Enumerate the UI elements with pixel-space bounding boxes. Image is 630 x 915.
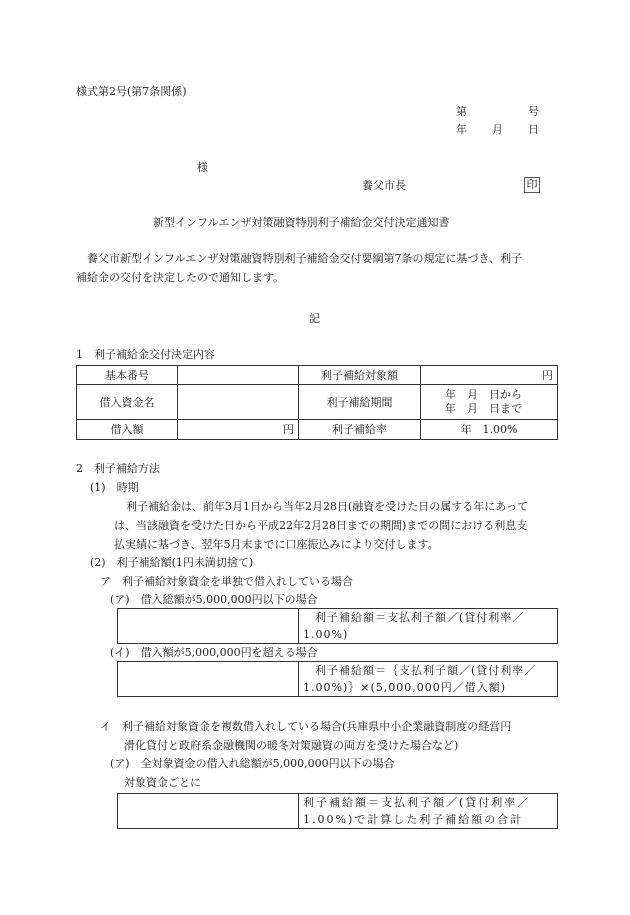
single-case2-heading: (イ) 借入額が5,000,000円を超える場合: [110, 647, 318, 658]
multiple-case1-note: 対象資金ごとに: [124, 777, 201, 788]
value-loan-fund-name: [178, 385, 299, 420]
value-subsidy-rate: 年 1.00%: [421, 420, 558, 440]
multiple-loan-heading-line-2: 滑化貸付と政府系金融機関の暖冬対策融資の両方を受けた場合など): [124, 740, 458, 751]
value-loan-amount: 円: [178, 420, 299, 440]
section1-heading: 1 利子補給金交付決定内容: [76, 349, 215, 360]
formula-line-2: 1.00%): [303, 626, 553, 643]
number-suffix: 号: [528, 106, 539, 117]
formula-line-1: 利子補給額＝支払利子額／(貸付利率／: [303, 609, 553, 626]
table-row: 借入資金名 利子補給期間 年 月 日から 年 月 日まで: [77, 385, 558, 420]
label-subsidy-rate: 利子補給率: [299, 420, 421, 440]
label-loan-amount: 借入額: [77, 420, 178, 440]
amount-heading: (2) 利子補給額(1円未満切捨て): [90, 557, 253, 568]
formula-box-multiple-case1: 利子補給額＝支払利子額／(貸付利率／ 1.00%)で計算した利子補給額の合計: [117, 793, 558, 829]
formula-cell: 利子補給額＝支払利子額／(貸付利率／ 1.00%)で計算した利子補給額の合計: [299, 794, 558, 829]
value-subsidy-period: 年 月 日から 年 月 日まで: [421, 385, 558, 420]
intro-line-2: 補給金の交付を決定したので通知します。: [76, 272, 284, 283]
document-title: 新型インフルエンザ対策融資特別利子補給金交付決定通知書: [153, 217, 450, 228]
timing-text-line-2: は、当該融資を受けた日から平成22年2月28日までの期間)までの間における利息支: [114, 520, 527, 531]
formula-cell: 利子補給額＝｛支払利子額／(貸付利率／ 1.00%)｝×(5,000,000円／…: [299, 662, 558, 697]
formula-line-2: 1.00%)で計算した利子補給額の合計: [303, 811, 553, 828]
section2-heading: 2 利子補給方法: [76, 463, 160, 474]
multiple-loan-heading-line-1: イ 利子補給対象資金を複数借入れしている場合(兵庫県中小企業融資制度の経営円: [100, 721, 511, 732]
date-day: 日: [528, 124, 539, 135]
number-prefix: 第: [456, 106, 467, 117]
date-month: 月: [492, 124, 503, 135]
formula-blank-cell: [118, 662, 299, 697]
formula-box-single-case1: 利子補給額＝支払利子額／(貸付利率／ 1.00%): [117, 608, 558, 644]
single-case1-heading: (ア) 借入総額が5,000,000円以下の場合: [110, 594, 318, 605]
label-loan-fund-name: 借入資金名: [77, 385, 178, 420]
period-to: 年 月 日まで: [445, 402, 553, 416]
label-subsidy-period: 利子補給期間: [299, 385, 421, 420]
timing-text-line-3: 払実績に基づき、翌年5月末までに口座振込みにより交付します。: [114, 539, 439, 550]
formula-line-1: 利子補給額＝支払利子額／(貸付利率／: [303, 794, 553, 811]
multiple-case1-heading: (ア) 全対象資金の借入れ総額が5,000,000円以下の場合: [110, 758, 395, 769]
issuer-name: 養父市長: [362, 180, 406, 191]
formula-blank-cell: [118, 794, 299, 829]
formula-blank-cell: [118, 609, 299, 644]
date-year: 年: [456, 124, 467, 135]
seal-icon: 印: [524, 177, 540, 193]
ki-marker: 記: [309, 313, 320, 324]
form-number: 様式第2号(第7条関係): [76, 86, 187, 97]
value-basic-number: [178, 366, 299, 385]
label-basic-number: 基本番号: [77, 366, 178, 385]
period-from: 年 月 日から: [445, 388, 553, 402]
formula-line-1: 利子補給額＝｛支払利子額／(貸付利率／: [303, 662, 553, 679]
value-subsidy-target-amount: 円: [421, 366, 558, 385]
formula-cell: 利子補給額＝支払利子額／(貸付利率／ 1.00%): [299, 609, 558, 644]
decision-table: 基本番号 利子補給対象額 円 借入資金名 利子補給期間 年 月 日から 年 月 …: [76, 365, 558, 440]
formula-box-single-case2: 利子補給額＝｛支払利子額／(貸付利率／ 1.00%)｝×(5,000,000円／…: [117, 661, 558, 697]
label-subsidy-target-amount: 利子補給対象額: [299, 366, 421, 385]
addressee-honorific: 様: [197, 162, 208, 173]
intro-line-1: 養父市新型インフルエンザ対策融資特別利子補給金交付要綱第7条の規定に基づき、利子: [76, 253, 522, 264]
timing-heading: (1) 時期: [90, 482, 139, 493]
table-row: 借入額 円 利子補給率 年 1.00%: [77, 420, 558, 440]
table-row: 基本番号 利子補給対象額 円: [77, 366, 558, 385]
single-loan-heading: ア 利子補給対象資金を単独で借入れしている場合: [100, 576, 353, 587]
formula-line-2: 1.00%)｝×(5,000,000円／借入額): [303, 679, 553, 696]
timing-text-line-1: 利子補給金は、前年3月1日から当年2月28日(融資を受けた日の属する年にあって: [126, 501, 528, 512]
